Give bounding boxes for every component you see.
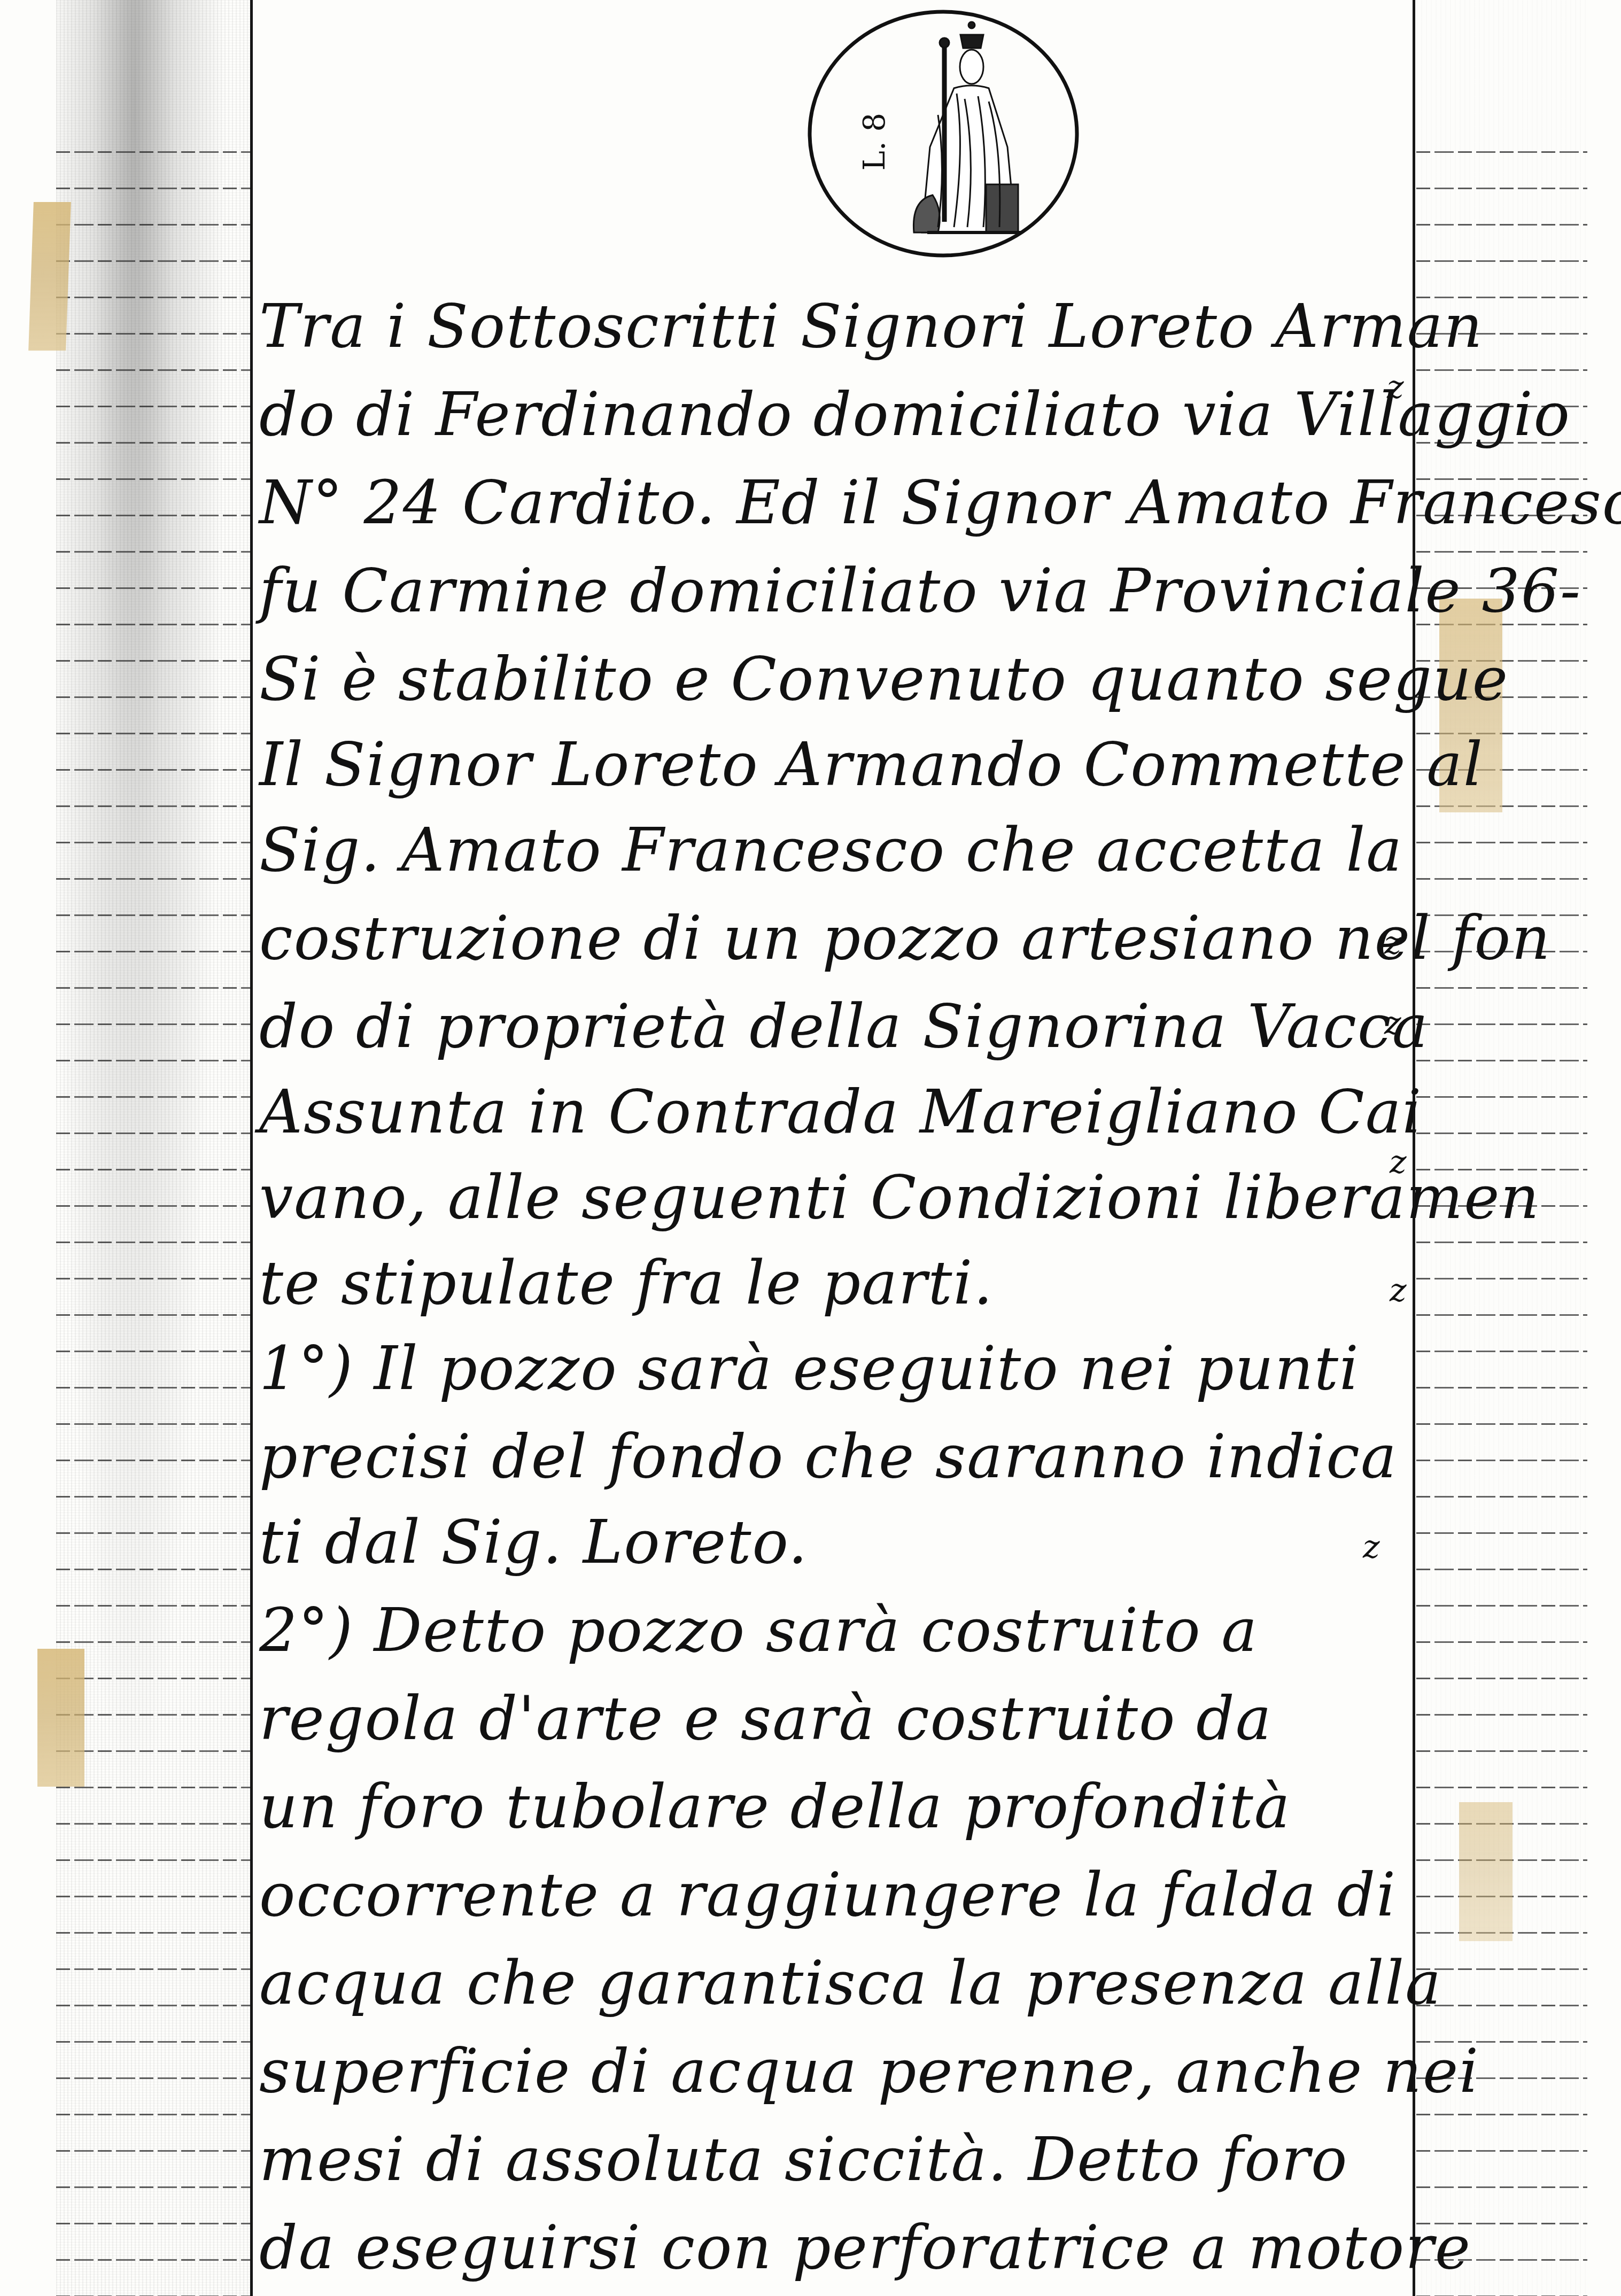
ruled-line — [1416, 1787, 1587, 1788]
svg-text:L. 8: L. 8 — [857, 113, 892, 170]
ruled-line — [56, 842, 250, 843]
ruled-line — [1416, 260, 1587, 262]
ruled-line — [1416, 1968, 1587, 1970]
hyphen-mark: z — [1384, 1005, 1401, 1042]
ruled-line — [56, 914, 250, 916]
ruled-line — [1416, 1060, 1587, 1061]
ruled-line — [56, 2259, 250, 2261]
text-line-14: precisi del fondo che saranno indica — [259, 1427, 1414, 1487]
ruled-line — [56, 624, 250, 625]
text-line-11: vano, alle seguenti Condizioni liberamen — [259, 1168, 1414, 1228]
ruled-line — [56, 1896, 250, 1897]
ruled-line — [1416, 188, 1587, 189]
ruled-line — [56, 551, 250, 553]
ruled-line — [56, 1569, 250, 1570]
tape-mark-right-bottom — [1459, 1802, 1513, 1941]
ruled-line — [1416, 1460, 1587, 1461]
ruled-line — [1416, 1387, 1587, 1389]
ruled-line — [56, 333, 250, 335]
ruled-line — [56, 1605, 250, 1607]
ruled-line — [1416, 1278, 1587, 1279]
hyphen-mark: z — [1390, 1272, 1407, 1309]
ruled-line — [56, 515, 250, 516]
ruled-line — [56, 1532, 250, 1534]
text-line-7: Sig. Amato Francesco che accetta la — [259, 820, 1414, 880]
ruled-line — [56, 1060, 250, 1061]
ruled-line — [56, 1023, 250, 1025]
ruled-line — [1416, 1496, 1587, 1498]
ruled-line — [56, 1133, 250, 1134]
ruled-line — [56, 805, 250, 807]
text-line-21: superficie di acqua perenne, anche nei — [259, 2042, 1414, 2101]
left-margin-rule — [250, 0, 253, 2296]
ruled-line — [56, 151, 250, 153]
hyphen-mark: z — [1384, 925, 1401, 962]
ruled-line — [56, 1460, 250, 1461]
ruled-line — [1416, 1641, 1587, 1643]
ruled-line — [56, 2150, 250, 2152]
hyphen-mark: z — [1390, 1144, 1407, 1181]
text-line-5: Si è stabilito e Convenuto quanto segue — [259, 649, 1414, 709]
ruled-line — [56, 1278, 250, 1279]
text-line-19: occorrente a raggiungere la falda di — [259, 1865, 1414, 1925]
hyphen-mark: z — [1363, 1529, 1380, 1566]
text-line-4: fu Carmine domiciliato via Provinciale 3… — [259, 561, 1414, 621]
ruled-line — [56, 587, 250, 589]
ruled-line — [56, 1496, 250, 1498]
ruled-line — [56, 1787, 250, 1788]
ruled-line — [56, 188, 250, 189]
ruled-line — [56, 1169, 250, 1170]
ruled-line — [1416, 1569, 1587, 1570]
hyphen-mark: z — [1387, 369, 1404, 406]
text-line-9: do di proprietà della Signorina Vacca — [259, 997, 1414, 1057]
ruled-line — [56, 733, 250, 734]
ruled-line — [1416, 369, 1587, 371]
ruled-line — [1416, 151, 1587, 153]
ruled-line — [1416, 1423, 1587, 1425]
ruled-line — [1416, 1096, 1587, 1098]
ruled-line — [1416, 1605, 1587, 1607]
ruled-line — [56, 1423, 250, 1425]
text-line-16: 2°) Detto pozzo sarà costruito a — [259, 1601, 1414, 1661]
document-page: L. 8 Tra i Sottoscritti S — [0, 0, 1621, 2296]
ruled-line — [1416, 1750, 1587, 1752]
text-line-22: mesi di assoluta siccità. Detto foro — [259, 2130, 1414, 2190]
ruled-line — [56, 951, 250, 952]
ruled-line — [56, 224, 250, 226]
ruled-line — [56, 1968, 250, 1970]
ruled-line — [56, 2186, 250, 2188]
text-line-23: da eseguirsi con perforatrice a motore — [259, 2218, 1414, 2278]
ruled-line — [56, 1387, 250, 1389]
ruled-line — [56, 260, 250, 262]
ruled-line — [56, 2223, 250, 2224]
ruled-line — [1416, 1532, 1587, 1534]
ruled-line — [56, 1750, 250, 1752]
ruled-line — [56, 987, 250, 989]
ruled-line — [1416, 1351, 1587, 1352]
ruled-line — [56, 1351, 250, 1352]
left-margin-photocopy-noise — [56, 0, 251, 2296]
ruled-line — [56, 2077, 250, 2079]
italia-turrita-stamp-icon: L. 8 — [804, 8, 1082, 259]
ruled-line — [56, 1823, 250, 1825]
ruled-line — [56, 1932, 250, 1934]
ruled-line — [1416, 224, 1587, 226]
text-line-15: ti dal Sig. Loreto. — [259, 1512, 1414, 1572]
ruled-line — [56, 769, 250, 771]
ruled-line — [56, 1205, 250, 1207]
text-line-3: N° 24 Cardito. Ed il Signor Amato France… — [259, 473, 1414, 533]
ruled-line — [1416, 1242, 1587, 1243]
text-line-13: 1°) Il pozzo sarà eseguito nei punti — [259, 1339, 1414, 1399]
ruled-line — [1416, 2114, 1587, 2115]
tape-mark-left-bottom — [37, 1649, 84, 1787]
text-line-10: Assunta in Contrada Mareigliano Cai — [259, 1082, 1414, 1142]
ruled-line — [56, 1678, 250, 1679]
text-line-8: costruzione di un pozzo artesiano nel fo… — [259, 909, 1414, 968]
ruled-line — [1416, 1678, 1587, 1679]
ruled-line — [56, 1714, 250, 1716]
text-line-20: acqua che garantisca la presenza alla — [259, 1953, 1414, 2013]
ruled-line — [56, 2041, 250, 2043]
ruled-line — [56, 2114, 250, 2115]
ruled-line — [1416, 987, 1587, 989]
ruled-line — [1416, 842, 1587, 843]
ruled-line — [1416, 1133, 1587, 1134]
ruled-line — [56, 1859, 250, 1861]
ruled-line — [56, 442, 250, 444]
ruled-line — [56, 297, 250, 298]
ruled-line — [56, 696, 250, 698]
text-line-12: te stipulate fra le parti. — [259, 1253, 1414, 1313]
text-line-17: regola d'arte e sarà costruito da — [259, 1689, 1414, 1749]
ruled-line — [1416, 551, 1587, 553]
ruled-line — [1416, 878, 1587, 880]
ruled-line — [1416, 1314, 1587, 1316]
ruled-line — [56, 1096, 250, 1098]
ruled-line — [56, 1242, 250, 1243]
ruled-line — [56, 1314, 250, 1316]
text-line-6: Il Signor Loreto Armando Commette al — [259, 735, 1414, 795]
ruled-line — [56, 369, 250, 371]
text-line-18: un foro tubolare della profondità — [259, 1777, 1414, 1837]
revenue-stamp: L. 8 — [804, 8, 1082, 259]
ruled-line — [1416, 2150, 1587, 2152]
ruled-line — [1416, 2186, 1587, 2188]
ruled-line — [56, 2005, 250, 2006]
ruled-line — [1416, 1714, 1587, 1716]
text-line-2: do di Ferdinando domiciliato via Villagg… — [259, 385, 1414, 445]
ruled-line — [56, 1641, 250, 1643]
ruled-line — [1416, 2005, 1587, 2006]
ruled-line — [56, 878, 250, 880]
text-line-1: Tra i Sottoscritti Signori Loreto Arman — [259, 297, 1414, 356]
ruled-line — [56, 478, 250, 480]
tape-mark-left-top — [28, 202, 71, 351]
ruled-line — [56, 660, 250, 662]
ruled-line — [1416, 1023, 1587, 1025]
ruled-line — [56, 406, 250, 407]
